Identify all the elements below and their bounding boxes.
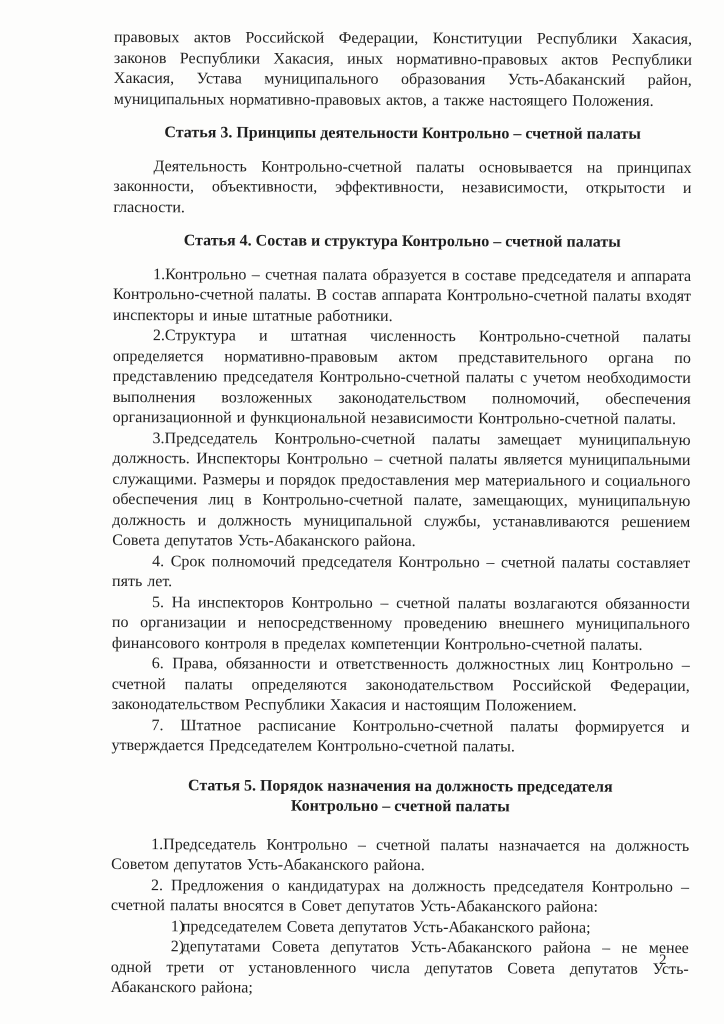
page-number: 2 — [659, 950, 667, 970]
article-4-item-1: 1.Контрольно – счетная палата образуется… — [113, 264, 691, 328]
article-5-item-2: 2. Предложения о кандидатурах на должнос… — [111, 875, 689, 918]
list-item-1-marker: 1) — [141, 917, 182, 938]
article-4-item-6: 6. Права, обязанности и ответственность … — [112, 654, 690, 718]
article-5-heading: Статья 5. Порядок назначения на должност… — [111, 775, 689, 818]
article-4-item-7: 7. Штатное расписание Контрольно-счетной… — [111, 715, 689, 758]
article-4-item-5: 5. На инспекторов Контрольно – счетной п… — [112, 592, 690, 656]
article-3-paragraph: Деятельность Контрольно-счетной палаты о… — [113, 156, 691, 220]
continuation-paragraph: правовых актов Российской Федерации, Кон… — [114, 28, 692, 112]
article-4-item-2: 2.Структура и штатная численность Контро… — [113, 326, 691, 431]
list-item-2-marker: 2) — [141, 937, 182, 958]
document-body: правовых актов Российской Федерации, Кон… — [111, 28, 692, 1001]
list-item-1: 1)председателем Совета депутатов Усть-Аб… — [111, 916, 689, 939]
article-5-item-1: 1.Председатель Контрольно – счетной пала… — [111, 834, 689, 877]
article-4-heading: Статья 4. Состав и структура Контрольно … — [113, 231, 691, 254]
list-item-1-text: председателем Совета депутатов Усть-Абак… — [182, 918, 591, 936]
list-item-2: 2)депутатами Совета депутатов Усть-Абака… — [111, 937, 689, 1001]
article-4-item-4: 4. Срок полномочий председателя Контроль… — [112, 551, 690, 594]
article-5-heading-line-2: Контрольно – счетной палаты — [111, 796, 689, 819]
scanned-document-page: правовых актов Российской Федерации, Кон… — [0, 0, 724, 1024]
article-4-item-3: 3.Председатель Контрольно-счетной палаты… — [112, 428, 690, 553]
list-item-2-text: депутатами Совета депутатов Усть-Абаканс… — [111, 938, 689, 996]
article-3-heading: Статья 3. Принципы деятельности Контроль… — [114, 123, 692, 146]
article-5-heading-line-1: Статья 5. Порядок назначения на должност… — [111, 775, 689, 798]
